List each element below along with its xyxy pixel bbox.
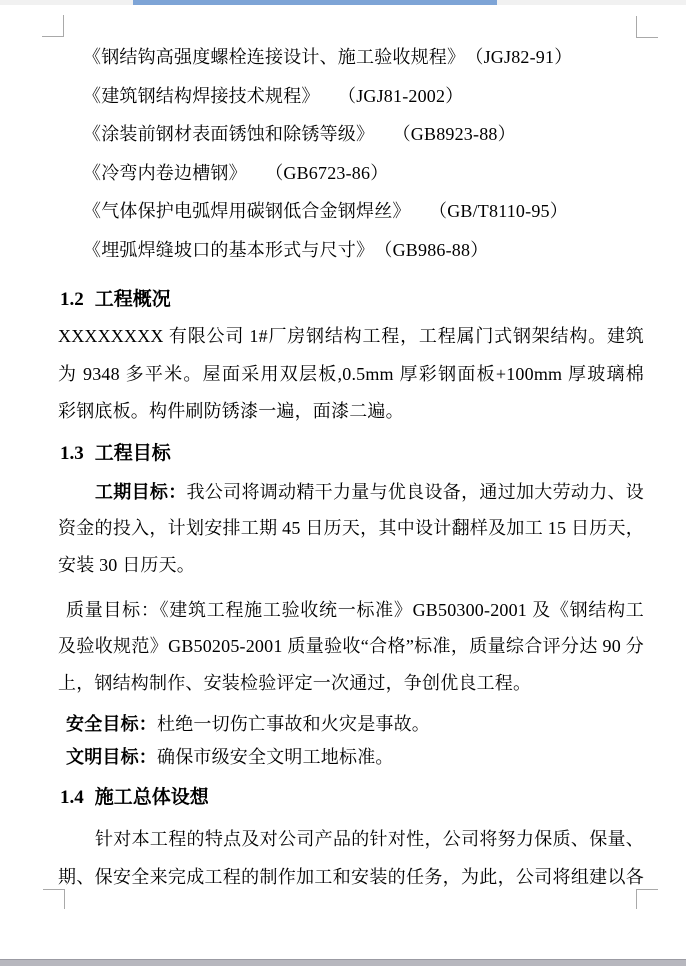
paragraph-line: 彩钢底板。构件刷防锈漆一遍，面漆二遍。 [58, 398, 644, 425]
paragraph-line: 质量目标：《建筑工程施工验收统一标准》GB50300-2001 及《钢结构工程施… [58, 597, 644, 624]
section-title: 施工总体设想 [95, 787, 209, 808]
section-heading-1-4: 1.4施工总体设想 [60, 785, 644, 813]
section-heading-1-2: 1.2工程概况 [60, 287, 644, 315]
paragraph-line: XXXXXXXX 有限公司 1#厂房钢结构工程，工程属门式钢架结构。建筑面积约 [58, 323, 644, 350]
paragraph-line: 文明目标：确保市级安全文明工地标准。 [58, 744, 644, 771]
page-margin-mark-top-left [42, 15, 64, 37]
paragraph-line: 工期目标：我公司将调动精干力量与优良设备，通过加大劳动力、设备、 [58, 479, 644, 506]
paragraph-line: 为 9348 多平米。屋面采用双层板,0.5mm 厚彩钢面板+100mm 厚玻璃… [58, 361, 644, 388]
section-number: 1.3 [60, 443, 84, 464]
page-margin-mark-bottom-right [636, 889, 658, 909]
goal-text: 杜绝一切伤亡事故和火灾是事故。 [157, 714, 430, 734]
reference-item: 《冷弯内卷边槽钢》 （GB6723-86） [58, 160, 644, 187]
document-page: 《钢结钩高强度螺栓连接设计、施工验收规程》 （JGJ82-91） 《建筑钢结构焊… [0, 0, 686, 966]
reference-item: 《埋弧焊缝坡口的基本形式与尺寸》 （GB986-88） [58, 237, 644, 264]
top-scrollbar-thumb[interactable] [133, 0, 497, 5]
section-number: 1.2 [60, 289, 84, 310]
page-margin-mark-top-right [636, 16, 658, 38]
paragraph-line: 及验收规范》GB50205-2001 质量验收“合格”标准，质量综合评分达 90… [58, 633, 644, 660]
reference-item: 《气体保护电弧焊用碳钢低合金钢焊丝》 （GB/T8110-95） [58, 198, 644, 225]
section-heading-1-3: 1.3工程目标 [60, 441, 644, 469]
page-margin-mark-bottom-left [43, 889, 65, 909]
paragraph-line: 安装 30 日历天。 [58, 552, 644, 579]
bottom-scrollbar-track[interactable] [0, 959, 686, 966]
section-title: 工程概况 [95, 289, 171, 310]
goal-label-safety: 安全目标： [66, 714, 157, 734]
paragraph-line: 针对本工程的特点及对公司产品的针对性，公司将努力保质、保量、保工 [58, 826, 644, 853]
paragraph-line: 上，钢结构制作、安装检验评定一次通过，争创优良工程。 [58, 670, 644, 697]
goal-text: 确保市级安全文明工地标准。 [157, 747, 394, 767]
reference-item: 《建筑钢结构焊接技术规程》 （JGJ81-2002） [58, 83, 644, 110]
paragraph-line: 期、保安全来完成工程的制作加工和安装的任务，为此，公司将组建以各部门 [58, 864, 644, 891]
goal-label-civility: 文明目标： [66, 747, 157, 767]
reference-item: 《涂装前钢材表面锈蚀和除锈等级》 （GB8923-88） [58, 121, 644, 148]
section-number: 1.4 [60, 787, 84, 808]
section-title: 工程目标 [95, 443, 171, 464]
paragraph-line: 安全目标：杜绝一切伤亡事故和火灾是事故。 [58, 711, 644, 738]
reference-item: 《钢结钩高强度螺栓连接设计、施工验收规程》 （JGJ82-91） [58, 44, 644, 71]
paragraph-line: 资金的投入，计划安排工期 45 日历天，其中设计翻样及加工 15 日历天，现场 [58, 515, 644, 542]
goal-label-duration: 工期目标： [95, 482, 187, 502]
top-scrollbar-track [0, 0, 686, 5]
